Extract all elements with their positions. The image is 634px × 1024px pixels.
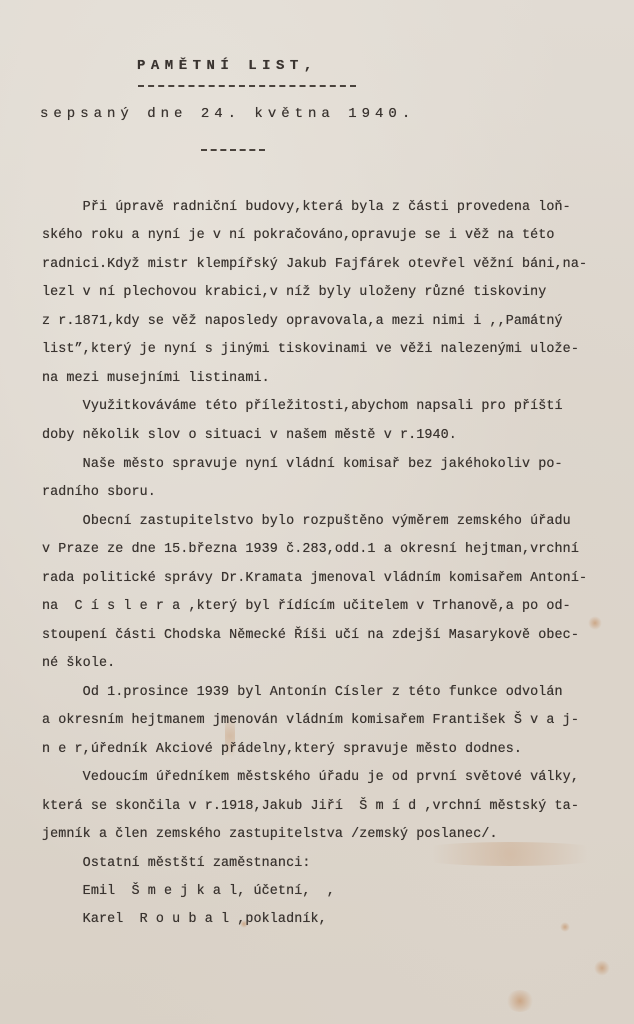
document-line: v Praze ze dne 15.března 1939 č.283,odd.… bbox=[42, 542, 579, 557]
rust-stain bbox=[588, 616, 602, 630]
rust-stain bbox=[400, 842, 620, 866]
document-line: Při úpravě radniční budovy,která byla z … bbox=[42, 200, 571, 215]
divider-rule bbox=[201, 149, 265, 151]
document-line: jemník a člen zemského zastupitelstva /z… bbox=[42, 827, 498, 842]
title-underline bbox=[138, 85, 356, 87]
document-line: radního sboru. bbox=[42, 485, 156, 500]
document-line: ského roku a nyní je v ní pokračováno,op… bbox=[42, 228, 555, 243]
document-line: a okresním hejtmanem jmenován vládním ko… bbox=[42, 713, 579, 728]
document-title: PAMĚTNÍ LIST, bbox=[137, 58, 318, 74]
document-line: Od 1.prosince 1939 byl Antonín Císler z … bbox=[42, 685, 563, 700]
document-line: z r.1871,kdy se věž naposledy opravovala… bbox=[42, 314, 563, 329]
document-line: na mezi musejními listinami. bbox=[42, 371, 270, 386]
document-line: doby několik slov o situaci v našem měst… bbox=[42, 428, 457, 443]
rust-stain bbox=[505, 990, 535, 1012]
document-line: né škole. bbox=[42, 656, 115, 671]
document-line: na C í s l e r a ,který byl řídícím učit… bbox=[42, 599, 571, 614]
document-line: Ostatní městští zaměstnanci: bbox=[42, 856, 310, 871]
document-line: list”,který je nyní s jinými tiskovinami… bbox=[42, 342, 579, 357]
document-line: Využitkováváme této příležitosti,abychom… bbox=[42, 399, 563, 414]
document-line: Vedoucím úředníkem městského úřadu je od… bbox=[42, 770, 579, 785]
document-line: radnici.Když mistr klempířský Jakub Fajf… bbox=[42, 257, 587, 272]
rust-stain bbox=[594, 960, 610, 976]
document-line: rada politické správy Dr.Kramata jmenova… bbox=[42, 571, 587, 586]
document-line: n e r,úředník Akciové přádelny,který spr… bbox=[42, 742, 522, 757]
rust-stain bbox=[560, 922, 570, 932]
document-line: stoupení části Chodska Německé Říši učí … bbox=[42, 628, 579, 643]
document-line: Obecní zastupitelstvo bylo rozpuštěno vý… bbox=[42, 514, 571, 529]
document-line: Naše město spravuje nyní vládní komisař … bbox=[42, 457, 563, 472]
document-line: Karel R o u b a l ,pokladník, bbox=[42, 912, 327, 927]
document-date-line: sepsaný dne 24. května 1940. bbox=[40, 106, 415, 122]
document-line: Emil Š m e j k a l, účetní, , bbox=[42, 884, 335, 899]
document-line: lezl v ní plechovou krabici,v níž byly u… bbox=[42, 285, 546, 300]
document-line: která se skončila v r.1918,Jakub Jiří Š … bbox=[42, 799, 579, 814]
